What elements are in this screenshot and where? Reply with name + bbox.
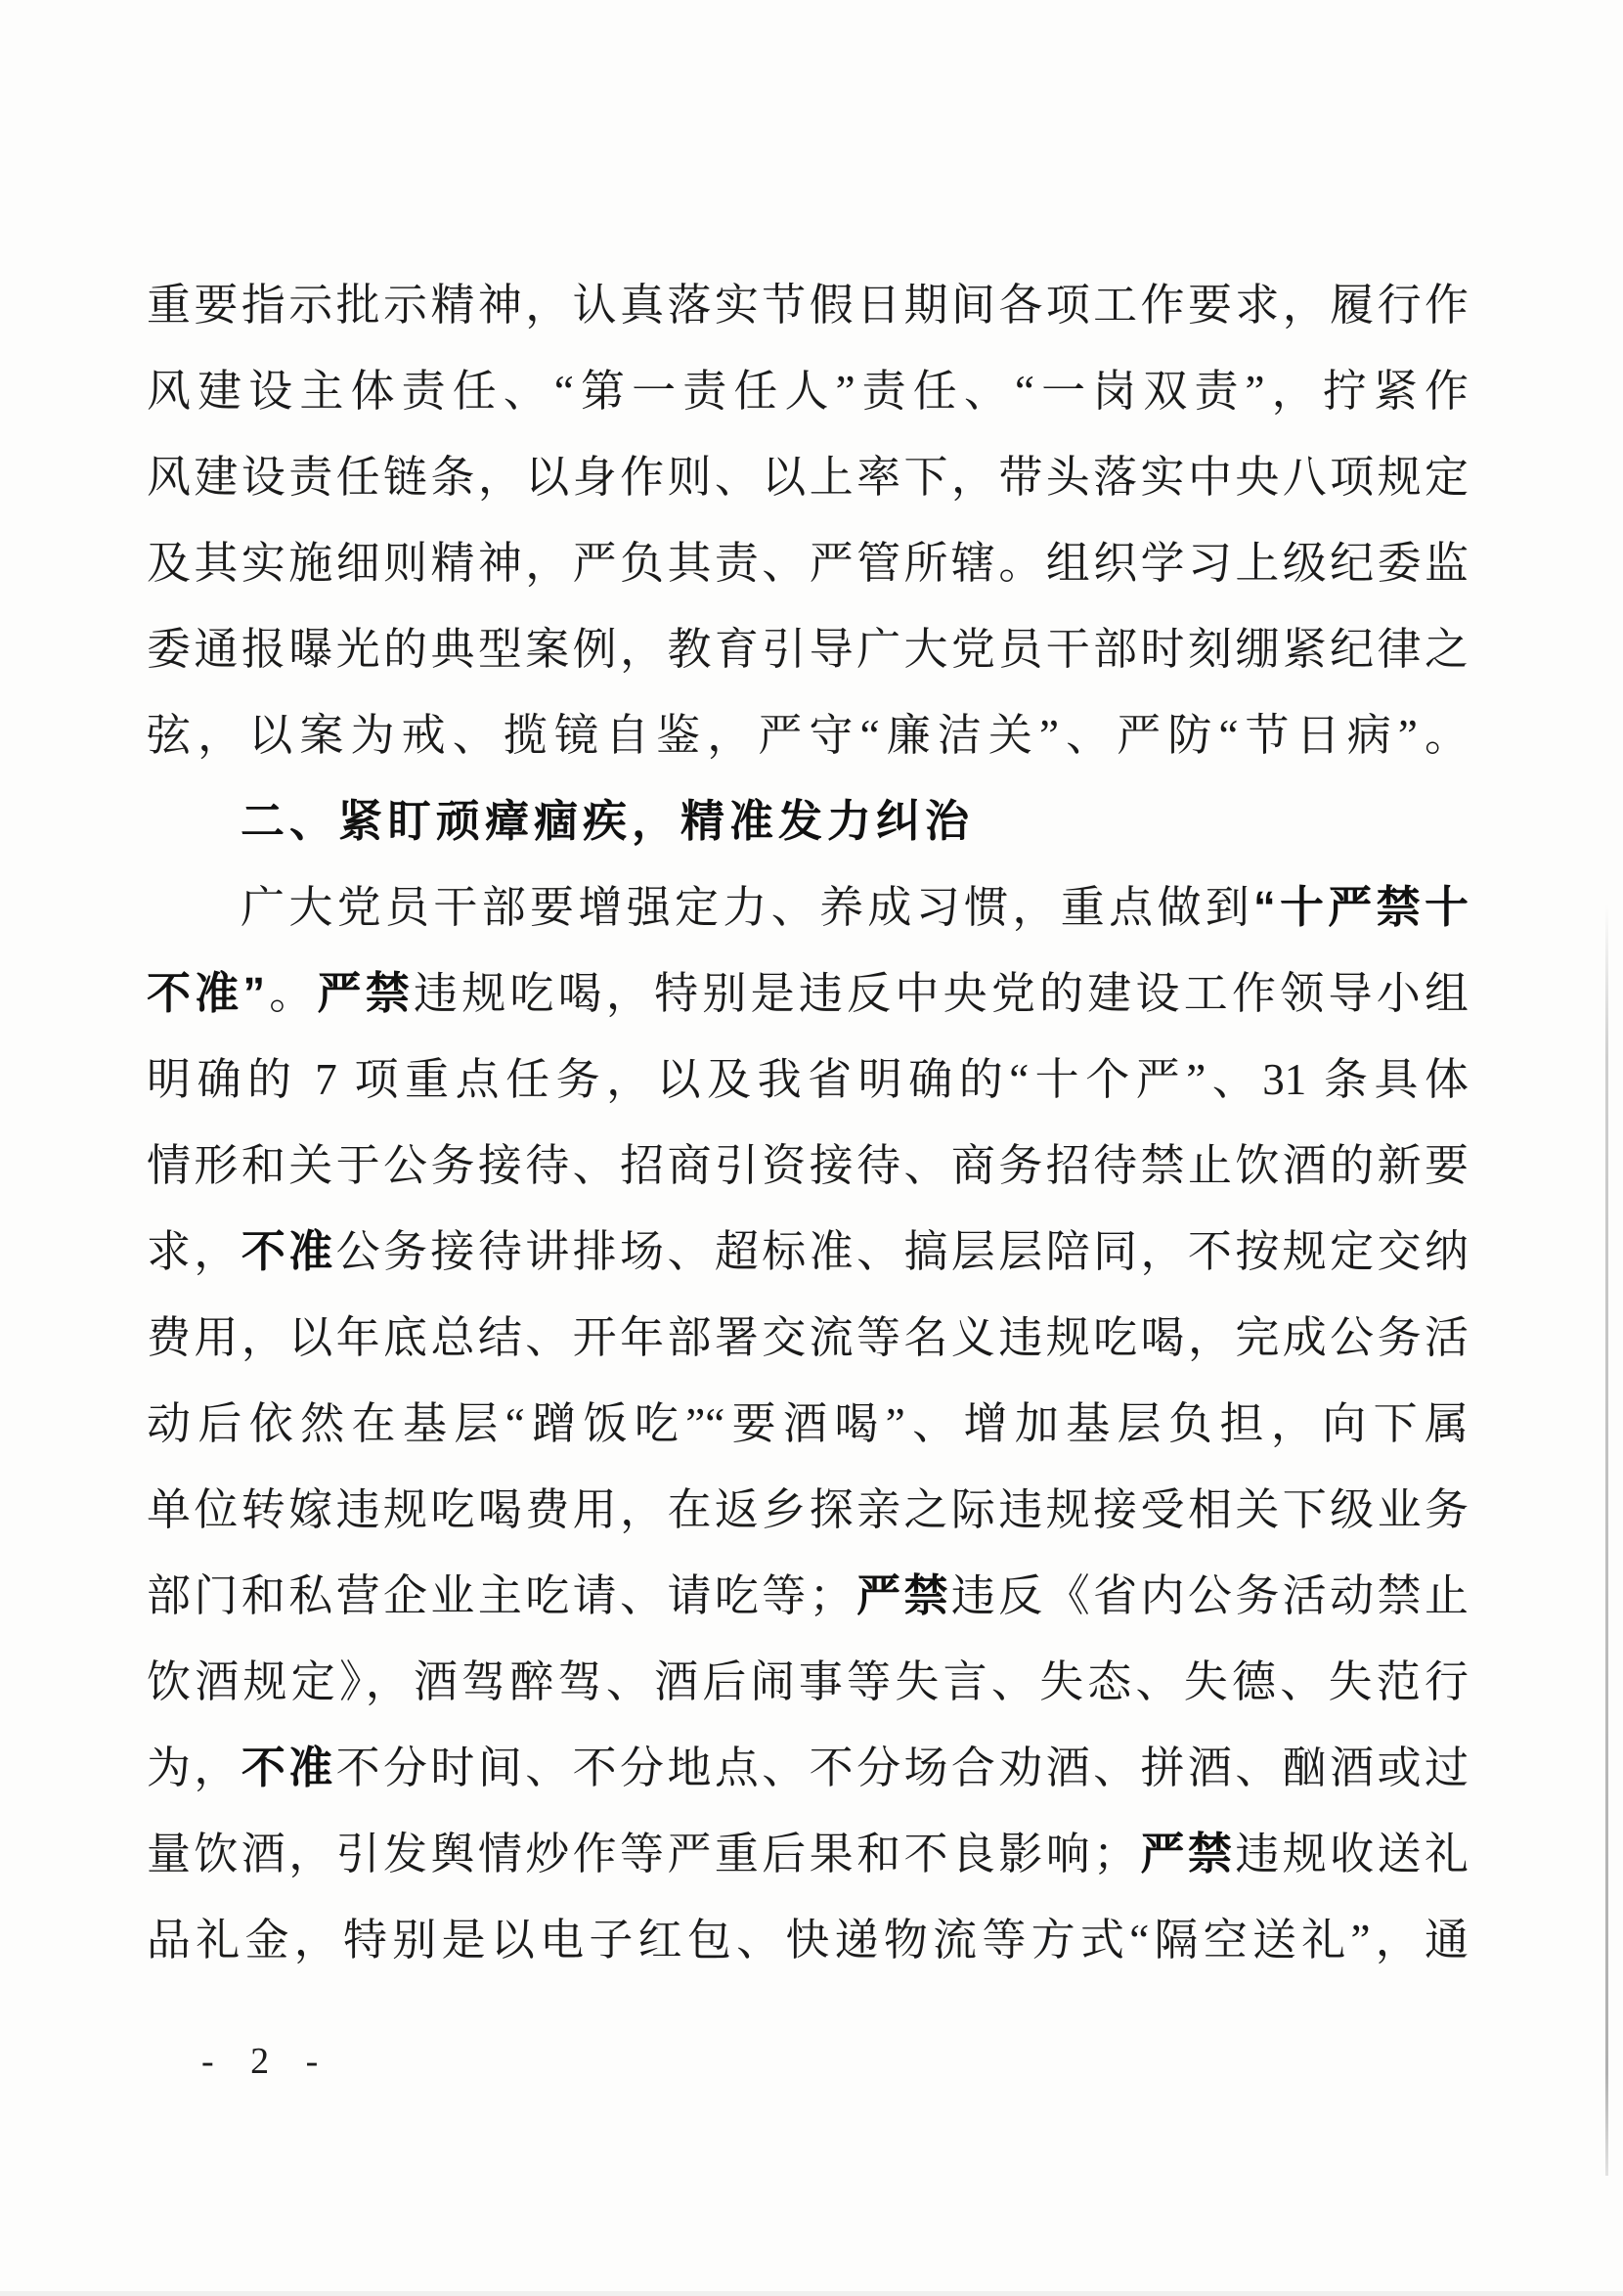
text-line: 为，不准不分时间、不分地点、不分场合劝酒、拼酒、酗酒或过 [147,1725,1469,1811]
body-text: 风建设主体责任、“第一责任人”责任、“一岗双责”，拧紧作 [147,367,1469,416]
emphasis-text: 不准 [241,1226,336,1276]
body-text: 量饮酒，引发舆情炒作等严重后果和不良影响； [147,1830,1137,1878]
document-body: 重要指示批示精神，认真落实节假日期间各项工作要求，履行作风建设主体责任、“第一责… [147,262,1469,1983]
body-text: 委通报曝光的典型案例，教育引导广大党员干部时刻绷紧纪律之 [147,625,1469,674]
emphasis-text: 严禁 [854,1570,951,1620]
text-line: 重要指示批示精神，认真落实节假日期间各项工作要求，履行作 [147,262,1469,348]
text-line: 单位转嫁违规吃喝费用，在返乡探亲之际违规接受相关下级业务 [147,1467,1469,1553]
body-text: 明确的 7 项重点任务，以及我省明确的“十个严”、31 条具体 [147,1055,1469,1104]
body-text: 为， [147,1744,241,1792]
text-line: 不准”。严禁违规吃喝，特别是违反中央党的建设工作领导小组 [147,950,1469,1037]
body-text: 情形和关于公务接待、招商引资接待、商务招待禁止饮酒的新要 [147,1141,1469,1190]
emphasis-text: “十严禁十 [1253,882,1469,932]
text-line: 部门和私营企业主吃请、请吃等；严禁违反《省内公务活动禁止 [147,1553,1469,1639]
text-line: 广大党员干部要增强定力、养成习惯，重点做到“十严禁十 [147,864,1469,950]
body-text: 费用，以年底总结、开年部署交流等名义违规吃喝，完成公务活 [147,1313,1469,1362]
text-line: 求，不准公务接待讲排场、超标准、搞层层陪同，不按规定交纳 [147,1209,1469,1295]
body-text: 动后依然在基层“蹭饭吃”“要酒喝”、增加基层负担，向下属 [147,1399,1469,1448]
body-text: 重要指示批示精神，认真落实节假日期间各项工作要求，履行作 [147,281,1469,330]
emphasis-text: 严禁 [1137,1829,1235,1878]
text-line: 明确的 7 项重点任务，以及我省明确的“十个严”、31 条具体 [147,1037,1469,1123]
body-text: 饮酒规定》，酒驾醉驾、酒后闹事等失言、失态、失德、失范行 [147,1657,1469,1706]
emphasis-text: 二、紧盯顽瘴痼疾，精准发力纠治 [241,796,974,846]
body-text: 求， [147,1227,241,1276]
scan-artifact-line [1605,905,1608,2176]
text-line: 及其实施细则精神，严负其责、严管所辖。组织学习上级纪委监 [147,520,1469,606]
text-line: 风建设主体责任、“第一责任人”责任、“一岗双责”，拧紧作 [147,348,1469,434]
body-text: 部门和私营企业主吃请、请吃等； [147,1571,854,1620]
body-text: 。 [265,969,317,1018]
text-line: 风建设责任链条，以身作则、以上率下，带头落实中央八项规定 [147,434,1469,520]
body-text: 广大党员干部要增强定力、养成习惯，重点做到 [241,883,1253,932]
text-line: 品礼金，特别是以电子红包、快递物流等方式“隔空送礼”，通 [147,1897,1469,1983]
body-text: 违反《省内公务活动禁止 [951,1571,1469,1620]
bottom-edge-shadow [0,2291,1623,2296]
page-number: - 2 - [201,2040,331,2083]
body-text: 风建设责任链条，以身作则、以上率下，带头落实中央八项规定 [147,453,1469,502]
text-line: 饮酒规定》，酒驾醉驾、酒后闹事等失言、失态、失德、失范行 [147,1639,1469,1725]
text-line: 费用，以年底总结、开年部署交流等名义违规吃喝，完成公务活 [147,1295,1469,1381]
body-text: 弦，以案为戒、揽镜自鉴，严守“廉洁关”、严防“节日病”。 [147,711,1469,760]
text-line: 弦，以案为戒、揽镜自鉴，严守“廉洁关”、严防“节日病”。 [147,692,1469,778]
emphasis-text: 不准” [147,968,265,1018]
text-line: 动后依然在基层“蹭饭吃”“要酒喝”、增加基层负担，向下属 [147,1381,1469,1467]
text-line: 情形和关于公务接待、招商引资接待、商务招待禁止饮酒的新要 [147,1123,1469,1209]
body-text: 及其实施细则精神，严负其责、严管所辖。组织学习上级纪委监 [147,539,1469,588]
body-text: 违规收送礼 [1235,1830,1469,1878]
body-text: 违规吃喝，特别是违反中央党的建设工作领导小组 [414,969,1469,1018]
emphasis-text: 不准 [241,1743,336,1792]
text-line: 委通报曝光的典型案例，教育引导广大党员干部时刻绷紧纪律之 [147,606,1469,692]
body-text: 单位转嫁违规吃喝费用，在返乡探亲之际违规接受相关下级业务 [147,1485,1469,1534]
section-heading: 二、紧盯顽瘴痼疾，精准发力纠治 [147,778,1469,864]
document-page: 重要指示批示精神，认真落实节假日期间各项工作要求，履行作风建设主体责任、“第一责… [0,0,1623,2296]
text-line: 量饮酒，引发舆情炒作等严重后果和不良影响；严禁违规收送礼 [147,1811,1469,1897]
body-text: 不分时间、不分地点、不分场合劝酒、拼酒、酗酒或过 [336,1744,1469,1792]
emphasis-text: 严禁 [317,968,413,1018]
body-text: 公务接待讲排场、超标准、搞层层陪同，不按规定交纳 [336,1227,1469,1276]
body-text: 品礼金，特别是以电子红包、快递物流等方式“隔空送礼”，通 [147,1916,1469,1965]
